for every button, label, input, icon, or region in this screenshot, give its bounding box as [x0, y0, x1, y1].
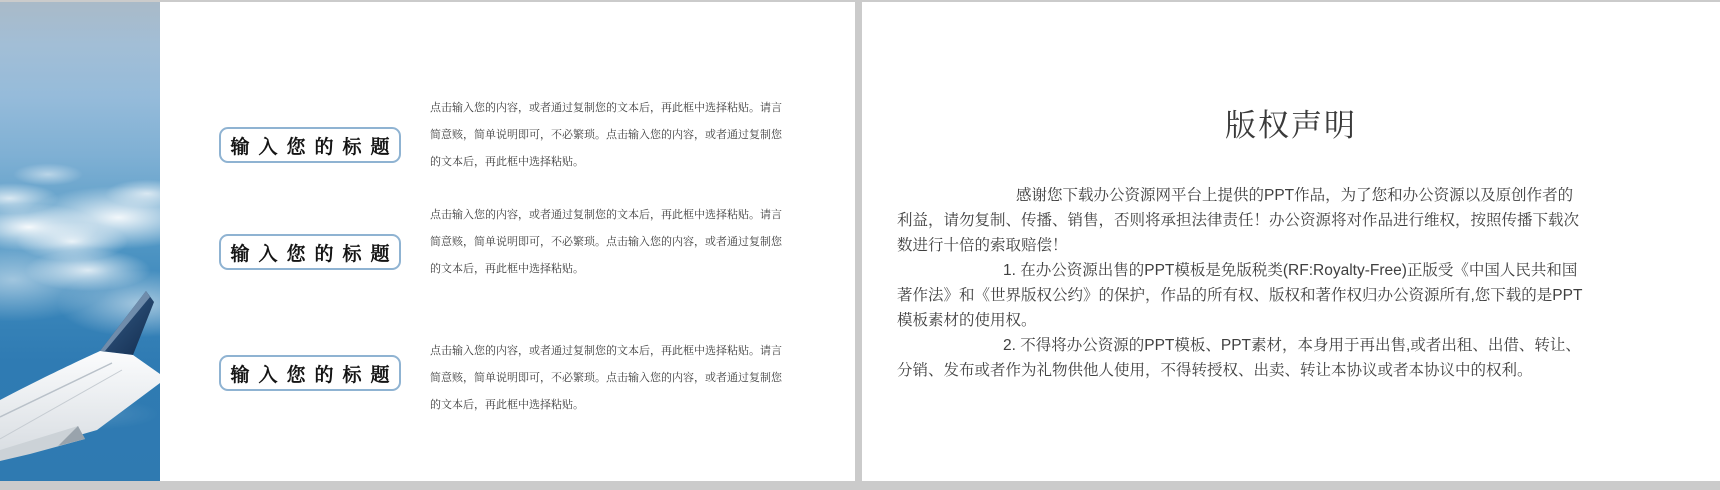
copyright-paragraph-2: 1. 在办公资源出售的PPT模板是免版税类(RF:Royalty-Free)正版… [897, 258, 1583, 333]
copyright-text-block: 感谢您下载办公资源网平台上提供的PPT作品，为了您和办公资源以及原创作者的利益，… [897, 183, 1583, 383]
title-placeholder-text-1: 输入您的标题 [230, 132, 398, 159]
slide-page-left[interactable]: 输入您的标题 点击输入您的内容，或者通过复制您的文本后，再此框中选择粘贴。请言简… [0, 2, 855, 481]
slide-page-right[interactable]: 版权声明 感谢您下载办公资源网平台上提供的PPT作品，为了您和办公资源以及原创作… [862, 2, 1720, 481]
title-placeholder-box-1[interactable]: 输入您的标题 [219, 127, 401, 163]
title-placeholder-box-3[interactable]: 输入您的标题 [219, 355, 401, 391]
airplane-wing-graphic [0, 2, 160, 481]
title-placeholder-text-2: 输入您的标题 [230, 239, 398, 266]
body-placeholder-text-1[interactable]: 点击输入您的内容，或者通过复制您的文本后，再此框中选择粘贴。请言简意赅，简单说明… [430, 95, 782, 176]
copyright-paragraph-1: 感谢您下载办公资源网平台上提供的PPT作品，为了您和办公资源以及原创作者的利益，… [897, 183, 1583, 258]
body-placeholder-text-2[interactable]: 点击输入您的内容，或者通过复制您的文本后，再此框中选择粘贴。请言简意赅，简单说明… [430, 202, 782, 283]
airplane-wing-photo [0, 2, 160, 481]
title-placeholder-box-2[interactable]: 输入您的标题 [219, 234, 401, 270]
slide-canvas: 输入您的标题 点击输入您的内容，或者通过复制您的文本后，再此框中选择粘贴。请言简… [0, 0, 1720, 490]
copyright-paragraph-3: 2. 不得将办公资源的PPT模板、PPT素材，本身用于再出售,或者出租、出借、转… [897, 333, 1583, 383]
body-placeholder-text-3[interactable]: 点击输入您的内容，或者通过复制您的文本后，再此框中选择粘贴。请言简意赅，简单说明… [430, 338, 782, 419]
title-placeholder-text-3: 输入您的标题 [230, 360, 398, 387]
copyright-title: 版权声明 [862, 100, 1720, 145]
